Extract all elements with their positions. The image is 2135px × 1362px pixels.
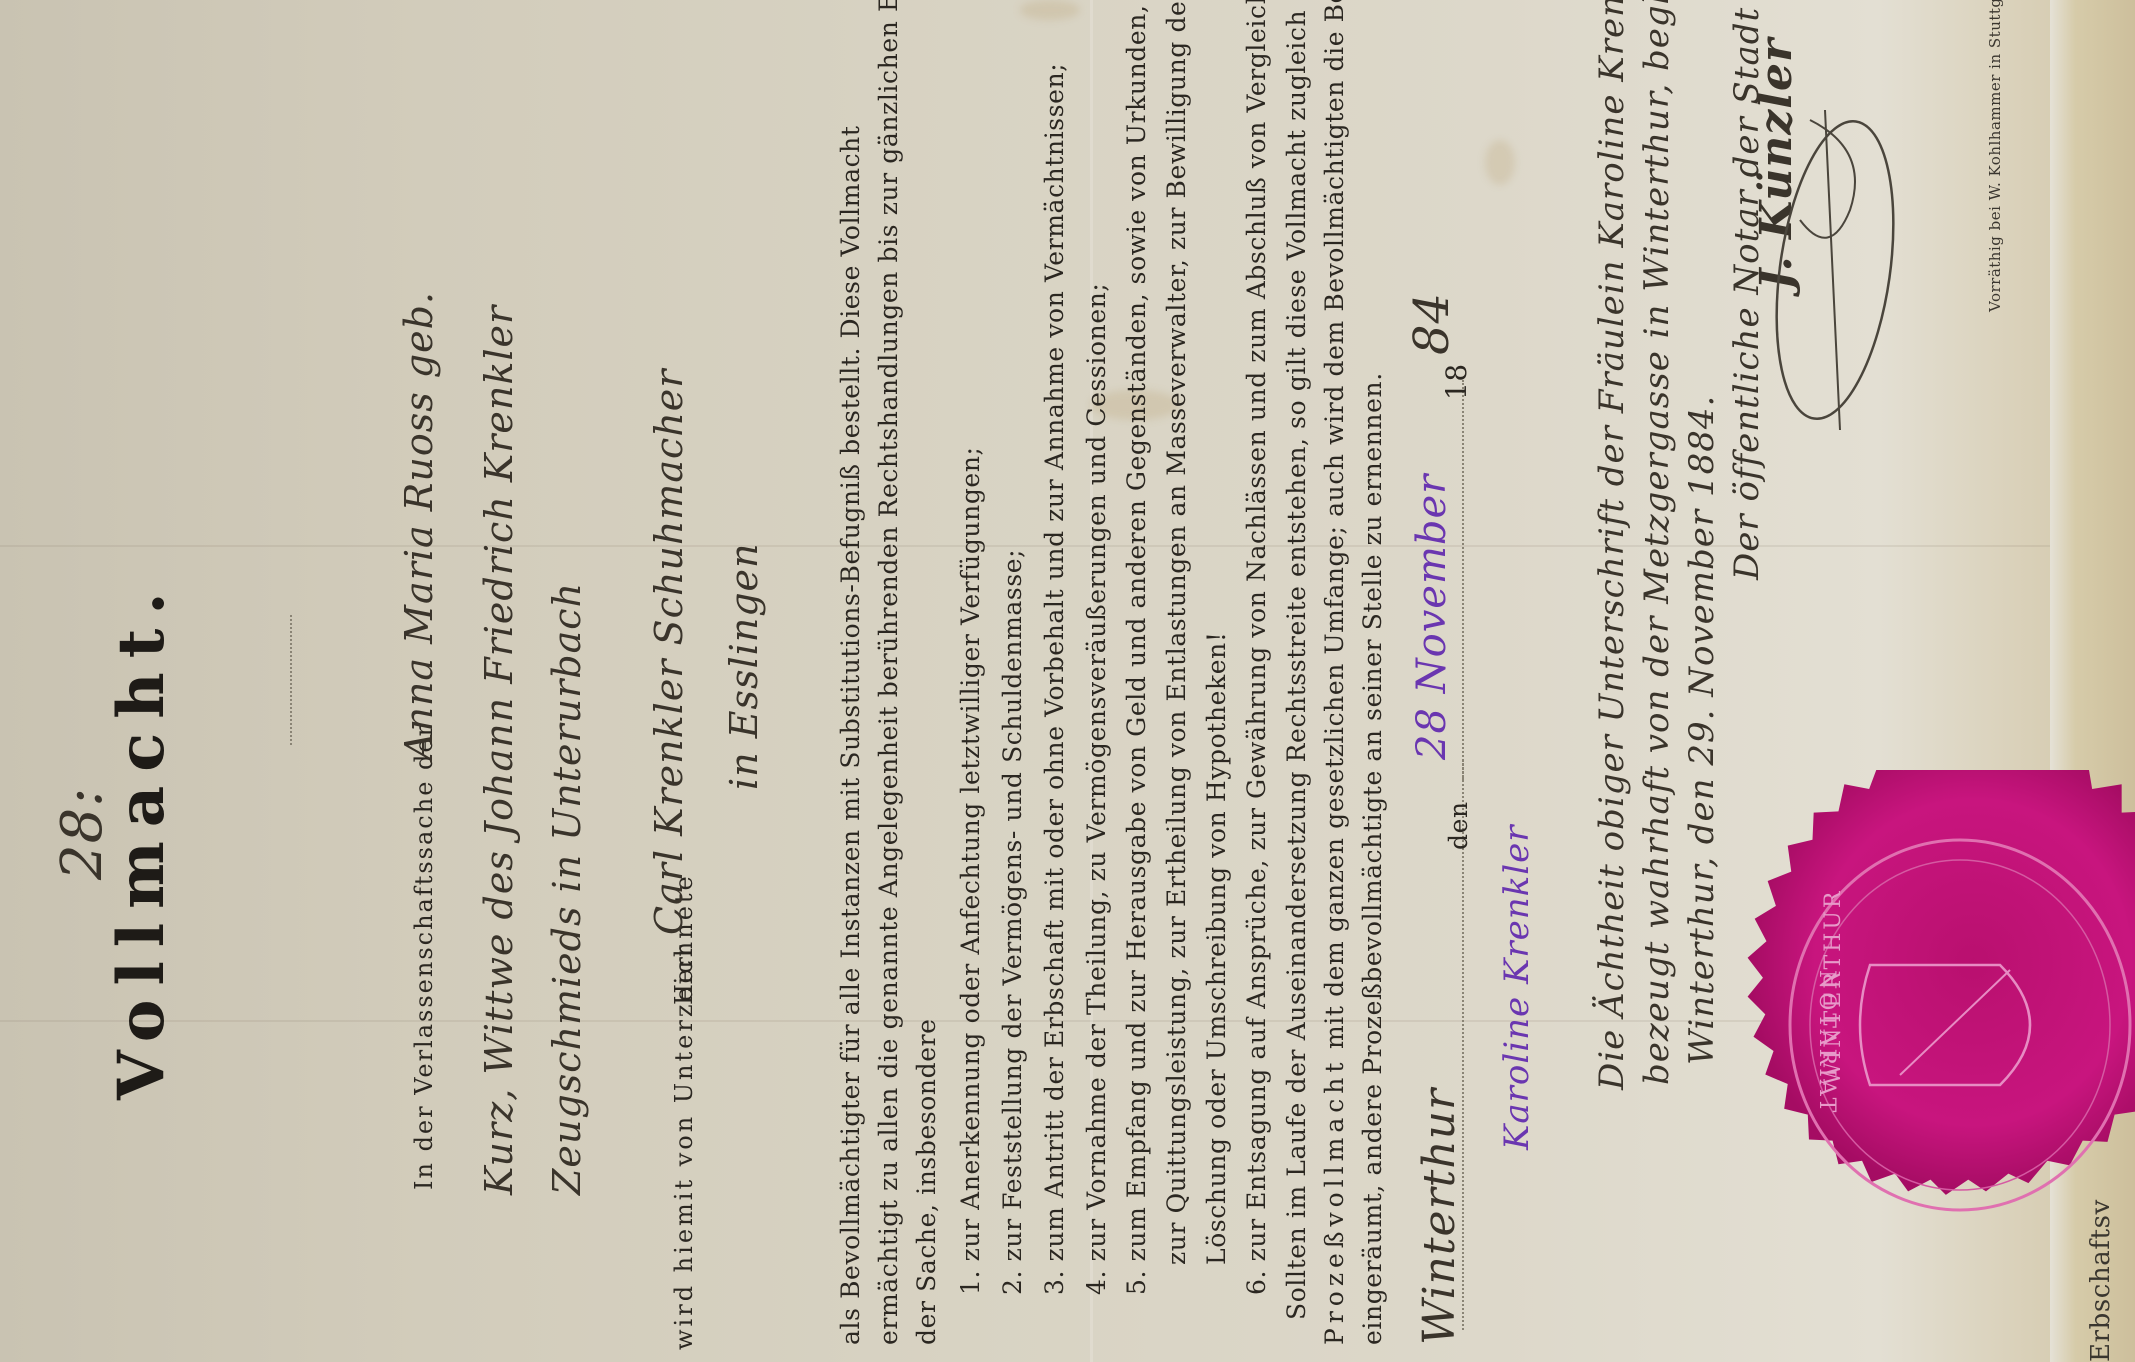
list-item-number: 6. [1242, 1270, 1271, 1295]
body-text: als Bevollmächtigter für alle Instanzen … [836, 125, 865, 1345]
form-label: Erbschaftsv [2088, 1199, 2114, 1362]
list-item-number: 3. [1040, 1270, 1069, 1295]
list-item-text: Löschung oder Umschreibung von Hypotheke… [1202, 631, 1231, 1265]
body-line: ermächtigt zu allen die genannte Angeleg… [876, 0, 901, 1345]
body-text: mit dem ganzen gesetzlichen Umfange; auc… [1320, 0, 1349, 1049]
printer-imprint-text: Vorräthig bei W. Kohlhammer in Stuttgart… [1986, 0, 2004, 312]
notary-seal: WINTERTHUR NOTARIAT [1705, 770, 2135, 1280]
document-title: Vollmacht. [110, 578, 174, 1100]
attestation-line: Die Ächtheit obiger Unterschrift der Frä… [1595, 0, 1629, 1090]
body-line: der Sache, insbesondere [914, 1018, 939, 1345]
list-item-text: zur Feststellung der Vermögens- und Schu… [998, 549, 1027, 1262]
intro-printed-text: In der Verlassenschaftssache der [412, 723, 436, 1190]
list-item-text: zum Antritt der Erbschaft mit oder ohne … [1040, 63, 1069, 1262]
list-item-continuation: zur Quittungsleistung, zur Ertheilung vo… [1164, 0, 1189, 1265]
prozessvollmacht-label: Prozeßvollmacht [1320, 1058, 1349, 1345]
agent-name-handwritten: Carl Krenkler Schuhmacher [650, 369, 688, 935]
body-line: Sollten im Laufe der Auseinandersetzung … [1284, 0, 1309, 1320]
body-line: als Bevollmächtigter für alle Instanzen … [838, 125, 863, 1345]
body-line: Prozeßvollmacht mit dem ganzen gesetzlic… [1322, 0, 1347, 1345]
title-rule [290, 615, 292, 745]
dateline-den-label: den [1446, 801, 1471, 850]
dateline-dotted-rule [1462, 380, 1464, 780]
list-item-number: 1. [956, 1270, 985, 1295]
body-text: ermächtigt zu allen die genannte Angeleg… [874, 0, 903, 1345]
attestation-line: bezeugt wahrhaft von der Metzgergasse in… [1640, 0, 1674, 1085]
list-item-text: zum Empfang und zur Herausgabe von Geld … [1122, 4, 1151, 1261]
dateline-place-handwritten: Winterthur [1418, 1088, 1462, 1345]
list-item: 1. zur Anerkennung oder Anfechtung letzt… [958, 446, 983, 1295]
list-item: 5. zum Empfang und zur Herausgabe von Ge… [1124, 4, 1149, 1295]
list-item-text: zur Anerkennung oder Anfechtung letztwil… [956, 446, 985, 1261]
herr-label: Herr [672, 945, 696, 1005]
dateline-year-suffix-handwritten: 84 [1408, 292, 1456, 355]
reference-number: 28: [55, 787, 111, 880]
deceased-occupation-handwritten: Zeugschmieds in Unterurbach [548, 582, 586, 1195]
seal-text-bottom: NOTARIAT [1814, 970, 1839, 1115]
agent-location-handwritten: in Esslingen [725, 542, 763, 790]
list-item-number: 2. [998, 1270, 1027, 1295]
paper-stain [1485, 140, 1515, 185]
list-item: 4. zur Vornahme der Theilung, zu Vermöge… [1084, 283, 1109, 1295]
body-line: eingeräumt, andere Prozeßbevollmächtigte… [1360, 372, 1385, 1345]
seal-scalloped-edge [1748, 770, 2135, 1195]
body-text: Sollten im Laufe der Auseinandersetzung … [1282, 0, 1311, 1320]
body-text: der Sache, insbesondere [912, 1018, 941, 1345]
list-item-number: 5. [1122, 1270, 1151, 1295]
deceased-name-handwritten: Anna Maria Ruoss geb. [400, 291, 438, 760]
grantor-signature: Karoline Krenkler [1500, 825, 1534, 1151]
notary-flourish [1740, 90, 1920, 450]
list-item-text: zur Entsagung auf Ansprüche, zur Gewähru… [1242, 0, 1271, 1261]
deceased-detail-handwritten: Kurz, Wittwe des Johann Friedrich Krenkl… [480, 305, 518, 1195]
list-item-text: zur Vornahme der Theilung, zu Vermögensv… [1082, 283, 1111, 1262]
list-item: 2. zur Feststellung der Vermögens- und S… [1000, 549, 1025, 1295]
printer-imprint: Vorräthig bei W. Kohlhammer in Stuttgart… [1988, 0, 2003, 312]
paper-stain [1020, 0, 1080, 20]
list-item-number: 4. [1082, 1270, 1111, 1295]
dateline-year-prefix: 18 [1443, 363, 1471, 400]
list-item: 6. zur Entsagung auf Ansprüche, zur Gewä… [1244, 0, 1269, 1295]
body-text: eingeräumt, andere Prozeßbevollmächtigte… [1358, 372, 1387, 1345]
dateline-day-month-handwritten: 28 November [1412, 474, 1452, 760]
list-item-continuation: Löschung oder Umschreibung von Hypotheke… [1204, 631, 1229, 1265]
list-item: 3. zum Antritt der Erbschaft mit oder oh… [1042, 63, 1067, 1295]
list-item-text: zur Quittungsleistung, zur Ertheilung vo… [1162, 0, 1191, 1265]
